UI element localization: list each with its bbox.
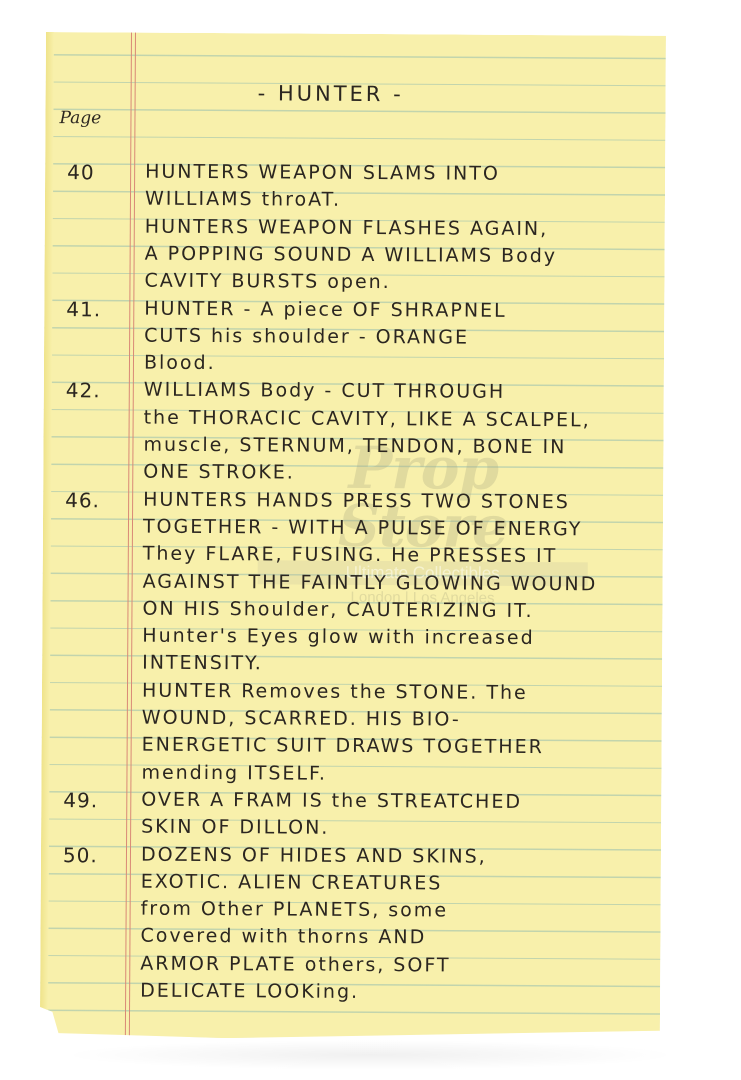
handwritten-line: ENERGETIC SUIT DRAWS TOGETHER [142,736,544,757]
handwritten-line: HUNTER Removes the STONE. The [142,681,528,702]
handwritten-line: HUNTERS WEAPON SLAMS INTO [145,163,500,184]
handwritten-line: Blood. [144,354,216,373]
handwritten-line: A POPPING SOUND A WILLIAMS Body [145,244,558,266]
handwritten-line: HUNTER - A piece OF SHRAPNEL [144,299,506,320]
page-title: - HUNTER - [258,83,404,105]
handwritten-line: ON HIS Shoulder, CAUTERIZING IT. [142,599,533,620]
page-number: 46. [65,490,100,510]
handwritten-line: CUTS his shoulder - ORANGE [144,326,469,347]
handwritten-line: Covered with thorns AND [140,927,426,948]
paper-shadow [60,1040,680,1070]
handwritten-line: ONE STROKE. [143,463,295,483]
handwritten-line: TOGETHER - WITH A PULSE OF ENERGY [143,517,583,539]
page-number: 42. [66,381,101,401]
page-column-label: Page [59,110,101,127]
handwritten-line: WILLIAMS throAT. [145,190,341,210]
handwritten-line: from Other PLANETS, some [141,900,449,921]
notes-entries: 40HUNTERS WEAPON SLAMS INTOWILLIAMS thro… [46,32,666,36]
handwritten-line: muscle, STERNUM, TENDON, BONE IN [143,436,566,458]
handwritten-line: ARMOR PLATE others, SOFT [140,954,450,975]
handwritten-line: DOZENS OF HIDES AND SKINS, [141,845,487,866]
page-number: 41. [66,299,101,319]
handwritten-line: HUNTERS WEAPON FLASHES AGAIN, [145,217,549,238]
page-number: 50. [63,845,98,865]
handwritten-line: mending ITSELF. [141,763,327,783]
page-number: 49. [63,790,98,810]
page-number: 40 [67,162,95,182]
handwritten-line: WOUND, SCARRED. HIS BIO- [142,709,461,730]
handwritten-line: EXOTIC. ALIEN CREATURES [141,872,443,893]
handwritten-line: They FLARE, FUSING. He PRESSES IT [143,545,558,567]
paper-binding-edge [40,32,54,1037]
handwritten-line: OVER A FRAM IS the STREATCHED [141,790,522,811]
handwritten-line: INTENSITY. [142,654,263,674]
handwritten-line: SKIN OF DILLON. [141,818,329,838]
handwritten-line: Hunter's Eyes glow with increased [142,627,535,648]
legal-pad-page: Prop Store Ultimate Collectibles London … [40,32,666,1041]
handwritten-line: the THORACIC CAVITY, LIKE A SCALPEL, [144,408,591,430]
handwritten-line: DELICATE LOOKing. [140,982,359,1002]
handwritten-line: HUNTERS HANDS PRESS TWO STONES [143,490,570,512]
handwritten-line: WILLIAMS Body - CUT THROUGH [144,381,505,402]
handwritten-line: CAVITY BURSTS open. [144,272,390,293]
handwritten-line: AGAINST THE FAINTLY GLOWING WOUND [143,572,598,594]
